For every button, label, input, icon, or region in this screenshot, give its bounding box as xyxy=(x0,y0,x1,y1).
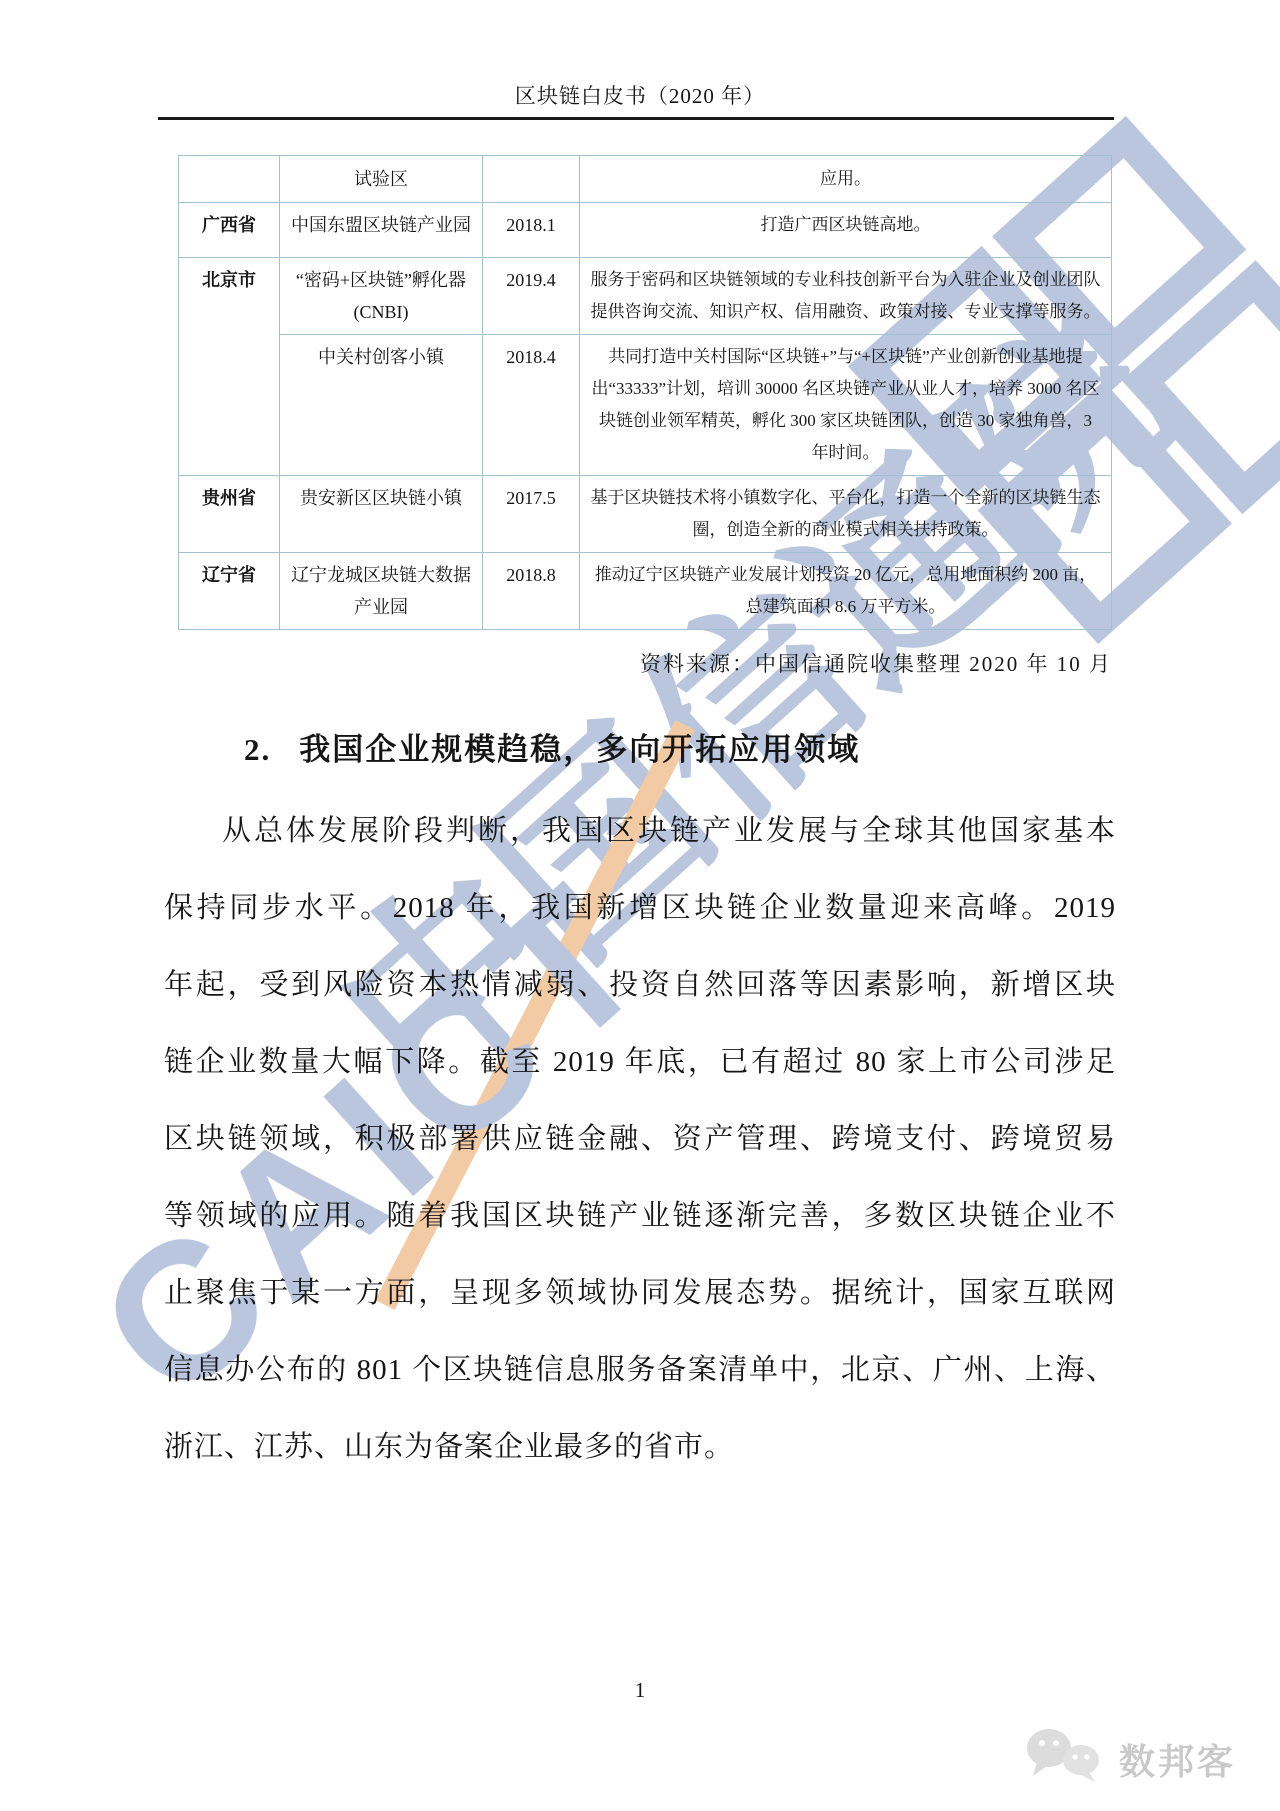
zone-name-cell: 贵安新区区块链小镇 xyxy=(280,476,483,553)
brand-badge: 数邦客 xyxy=(1023,1724,1236,1795)
date-cell: 2019.4 xyxy=(483,258,580,335)
paragraph-line: 区块链领域，积极部署供应链金融、资产管理、跨境支付、跨境贸易 xyxy=(164,1101,1116,1178)
paragraph-line: 保持同步水平。2018 年，我国新增区块链企业数量迎来高峰。2019 xyxy=(164,870,1116,947)
zone-name-cell: 辽宁龙城区块链大数据产业园 xyxy=(280,553,483,630)
paragraph-line: 链企业数量大幅下降。截至 2019 年底，已有超过 80 家上市公司涉足 xyxy=(164,1024,1116,1101)
date-cell: 2018.8 xyxy=(483,553,580,630)
date-cell: 2018.1 xyxy=(483,203,580,258)
table-header-row: 试验区 应用。 xyxy=(179,156,1112,203)
province-cell: 贵州省 xyxy=(179,476,280,553)
header-cell-application: 应用。 xyxy=(580,156,1112,203)
section-heading: 2.我国企业规模趋稳，多向开拓应用领域 xyxy=(244,724,1112,769)
application-cell: 推动辽宁区块链产业发展计划投资 20 亿元，总用地面积约 200 亩，总建筑面积… xyxy=(580,553,1112,630)
table-row: 广西省中国东盟区块链产业园2018.1打造广西区块链高地。 xyxy=(179,203,1112,258)
brand-badge-label: 数邦客 xyxy=(1119,1734,1236,1785)
paragraph-line: 等领域的应用。随着我国区块链产业链逐渐完善，多数区块链企业不 xyxy=(164,1178,1116,1255)
page-number: 1 xyxy=(0,1678,1280,1703)
doc-header-title: 区块链白皮书（2020 年） xyxy=(0,80,1280,110)
body-paragraph: 从总体发展阶段判断，我国区块链产业发展与全球其他国家基本保持同步水平。2018 … xyxy=(164,793,1116,1486)
paragraph-line: 从总体发展阶段判断，我国区块链产业发展与全球其他国家基本 xyxy=(164,793,1116,870)
paragraph-line: 信息办公布的 801 个区块链信息服务备案清单中，北京、广州、上海、 xyxy=(164,1332,1116,1409)
pilot-zone-table: 试验区 应用。 广西省中国东盟区块链产业园2018.1打造广西区块链高地。北京市… xyxy=(178,155,1112,630)
application-cell: 打造广西区块链高地。 xyxy=(580,203,1112,258)
date-cell: 2017.5 xyxy=(483,476,580,553)
header-cell-zone: 试验区 xyxy=(280,156,483,203)
zone-name-cell: “密码+区块链”孵化器 (CNBI) xyxy=(280,258,483,335)
province-cell: 广西省 xyxy=(179,203,280,258)
header-rule xyxy=(158,117,1114,120)
date-cell: 2018.4 xyxy=(483,335,580,476)
paragraph-line: 浙江、江苏、山东为备案企业最多的省市。 xyxy=(164,1409,1116,1486)
source-note: 资料来源：中国信通院收集整理 2020 年 10 月 xyxy=(178,648,1112,678)
application-cell: 共同打造中关村国际“区块链+”与“+区块链”产业创新创业基地提出“33333”计… xyxy=(580,335,1112,476)
section-title: 我国企业规模趋稳，多向开拓应用领域 xyxy=(299,732,860,767)
chat-bubbles-icon xyxy=(1023,1724,1109,1795)
table-row: 中关村创客小镇2018.4共同打造中关村国际“区块链+”与“+区块链”产业创新创… xyxy=(179,335,1112,476)
province-cell: 辽宁省 xyxy=(179,553,280,630)
zone-name-cell: 中关村创客小镇 xyxy=(280,335,483,476)
zone-name-cell: 中国东盟区块链产业园 xyxy=(280,203,483,258)
paragraph-line: 止聚焦于某一方面，呈现多领域协同发展态势。据统计，国家互联网 xyxy=(164,1255,1116,1332)
table-row: 辽宁省辽宁龙城区块链大数据产业园2018.8推动辽宁区块链产业发展计划投资 20… xyxy=(179,553,1112,630)
application-cell: 基于区块链技术将小镇数字化、平台化，打造一个全新的区块链生态圈，创造全新的商业模… xyxy=(580,476,1112,553)
header-cell-province xyxy=(179,156,280,203)
section-number: 2. xyxy=(244,732,271,767)
table-row: 贵州省贵安新区区块链小镇2017.5基于区块链技术将小镇数字化、平台化，打造一个… xyxy=(179,476,1112,553)
header-cell-date xyxy=(483,156,580,203)
province-cell: 北京市 xyxy=(179,258,280,476)
paragraph-line: 年起，受到风险资本热情减弱、投资自然回落等因素影响，新增区块 xyxy=(164,947,1116,1024)
page-content: 试验区 应用。 广西省中国东盟区块链产业园2018.1打造广西区块链高地。北京市… xyxy=(178,155,1112,1486)
application-cell: 服务于密码和区块链领域的专业科技创新平台为入驻企业及创业团队提供咨询交流、知识产… xyxy=(580,258,1112,335)
table-row: 北京市“密码+区块链”孵化器 (CNBI)2019.4服务于密码和区块链领域的专… xyxy=(179,258,1112,335)
